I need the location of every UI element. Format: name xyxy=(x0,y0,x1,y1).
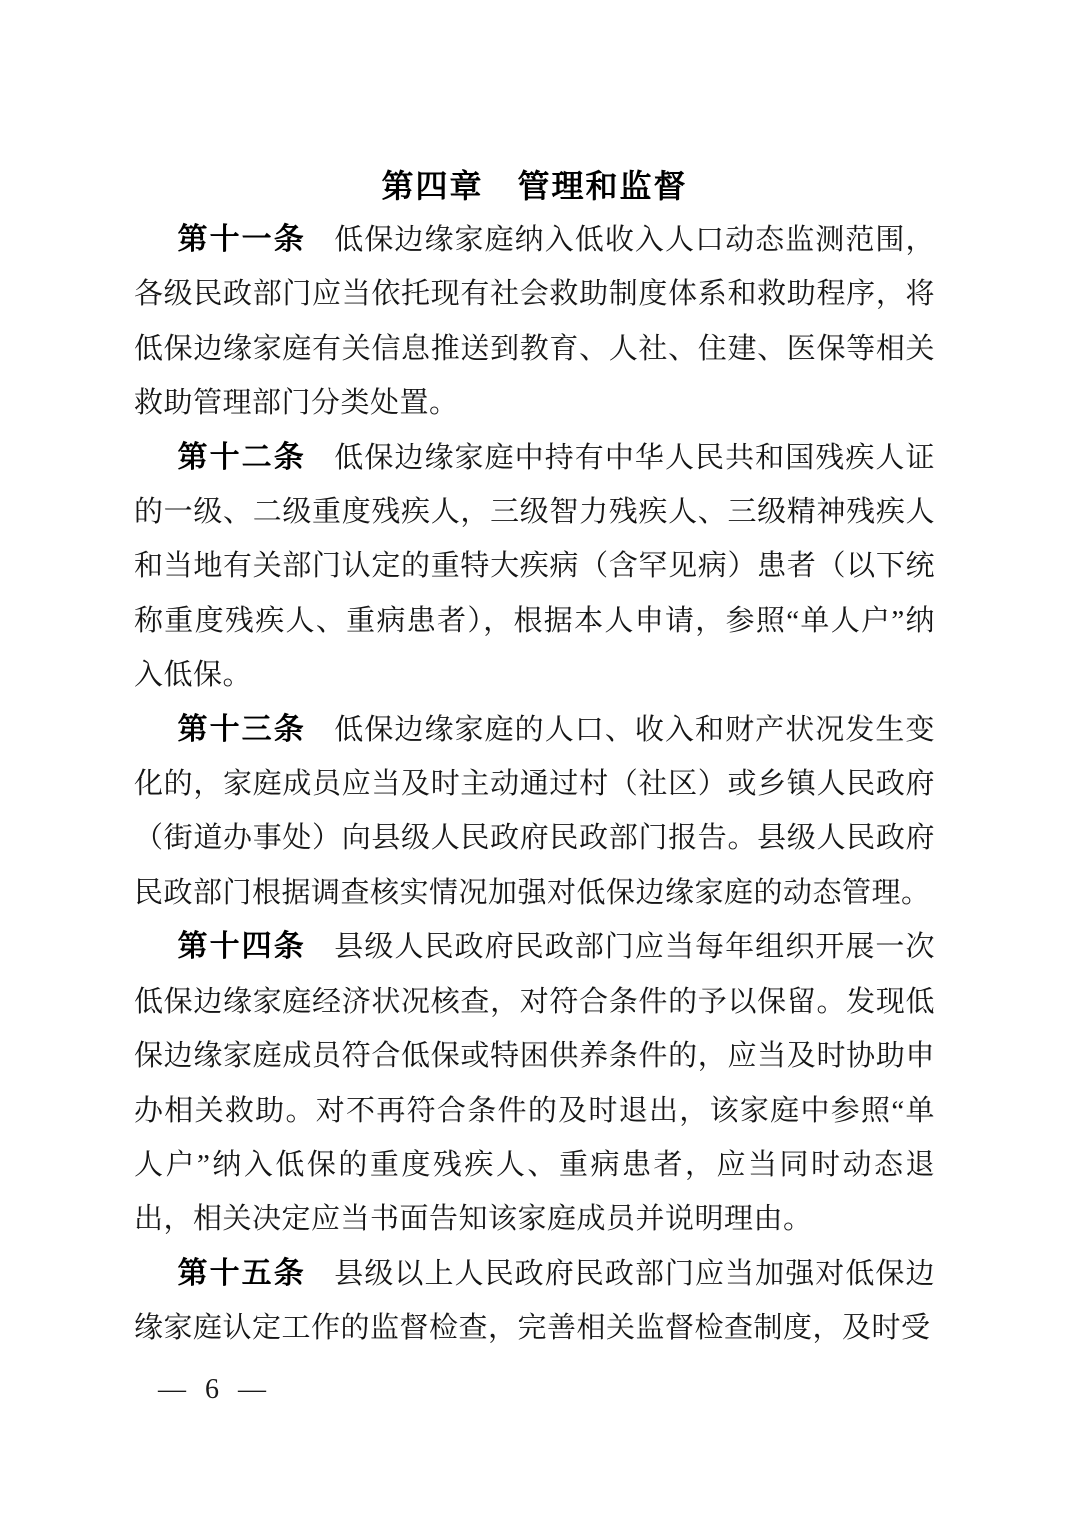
article-text: 县级人民政府民政部门应当每年组织开展一次低保边缘家庭经济状况核查，对符合条件的予… xyxy=(134,931,935,1235)
chapter-title: 第四章 管理和监督 xyxy=(134,159,935,213)
article-number: 第十一条 xyxy=(178,223,306,256)
article-paragraph: 第十四条县级人民政府民政部门应当每年组织开展一次低保边缘家庭经济状况核查，对符合… xyxy=(134,920,935,1246)
article-number: 第十三条 xyxy=(178,713,306,746)
article-paragraph: 第十一条低保边缘家庭纳入低收入人口动态监测范围，各级民政部门应当依托现有社会救助… xyxy=(134,213,935,431)
article-text: 低保边缘家庭中持有中华人民共和国残疾人证的一级、二级重度残疾人，三级智力残疾人、… xyxy=(134,442,935,692)
article-number: 第十二条 xyxy=(178,441,306,474)
page-number: — 6 — xyxy=(158,1363,272,1417)
article-number: 第十五条 xyxy=(178,1257,306,1290)
article-paragraph: 第十二条低保边缘家庭中持有中华人民共和国残疾人证的一级、二级重度残疾人，三级智力… xyxy=(134,431,935,703)
article-paragraph: 第十五条县级以上人民政府民政部门应当加强对低保边缘家庭认定工作的监督检查，完善相… xyxy=(134,1247,935,1356)
document-page: 第四章 管理和监督 第十一条低保边缘家庭纳入低收入人口动态监测范围，各级民政部门… xyxy=(0,0,1074,1520)
document-body: 第四章 管理和监督 第十一条低保边缘家庭纳入低收入人口动态监测范围，各级民政部门… xyxy=(134,159,935,1356)
article-paragraph: 第十三条低保边缘家庭的人口、收入和财产状况发生变化的，家庭成员应当及时主动通过村… xyxy=(134,703,935,921)
article-number: 第十四条 xyxy=(178,930,306,963)
